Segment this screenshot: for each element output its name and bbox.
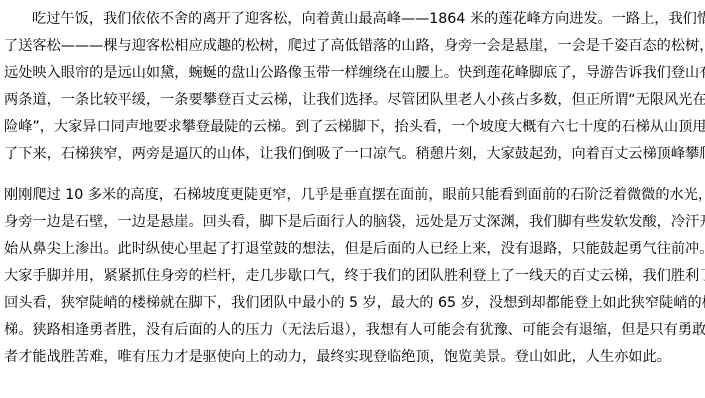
text-line: 者才能战胜苦难，唯有压力才是驱使向上的动力，最终实现登临绝顶，饱览美景。登山如此…: [4, 344, 702, 370]
text-line: 回头看，狭窄陡峭的楼梯就在脚下，我们团队中最小的 5 岁，最大的 65 岁，没想…: [4, 290, 702, 316]
text-line: 大家手脚并用，紧紧抓住身旁的栏杆，走几步歇口气，终于我们的团队胜利登上了一线天的…: [4, 263, 702, 289]
text-line: 始从鼻尖上渗出。此时纵使心里起了打退堂鼓的想法，但是后面的人已经上来，没有退路，…: [4, 236, 702, 262]
text-line: 远处映入眼帘的是远山如黛，蜿蜒的盘山公路像玉带一样缠绕在山腰上。快到莲花峰脚底了…: [4, 60, 702, 86]
document-page: 吃过午饭，我们依依不舍的离开了迎客松，向着黄山最高峰——1864 米的莲花峰方向…: [0, 0, 705, 398]
text-line: 了下来，石梯狭窄，两旁是逼仄的山体，让我们倒吸了一口凉气。稍憩片刻，大家鼓起劲，…: [4, 141, 702, 167]
text-line: 身旁一边是石壁，一边是悬崖。回头看，脚下是后面行人的脑袋，远处是万丈深渊，我们脚…: [4, 209, 702, 235]
text-line: 两条道，一条比较平缓，一条要攀登百丈云梯，让我们选择。尽管团队里老人小孩占多数，…: [4, 87, 702, 113]
text-line: 了送客松———棵与迎客松相应成趣的松树，爬过了高低错落的山路，身旁一会是悬崖，一…: [4, 33, 702, 59]
text-line: 梯。狭路相逢勇者胜，没有后面的人的压力（无法后退），我想有人可能会有犹豫、可能会…: [4, 317, 702, 343]
text-line: 吃过午饭，我们依依不舍的离开了迎客松，向着黄山最高峰——1864 米的莲花峰方向…: [32, 6, 702, 32]
text-line: 险峰”，大家异口同声地要求攀登最陡的云梯。到了云梯脚下，抬头看，一个坡度大概有六…: [4, 114, 702, 140]
text-line: 刚刚爬过 10 多米的高度，石梯坡度更陡更窄，几乎是垂直摆在面前，眼前只能看到面…: [4, 182, 702, 208]
